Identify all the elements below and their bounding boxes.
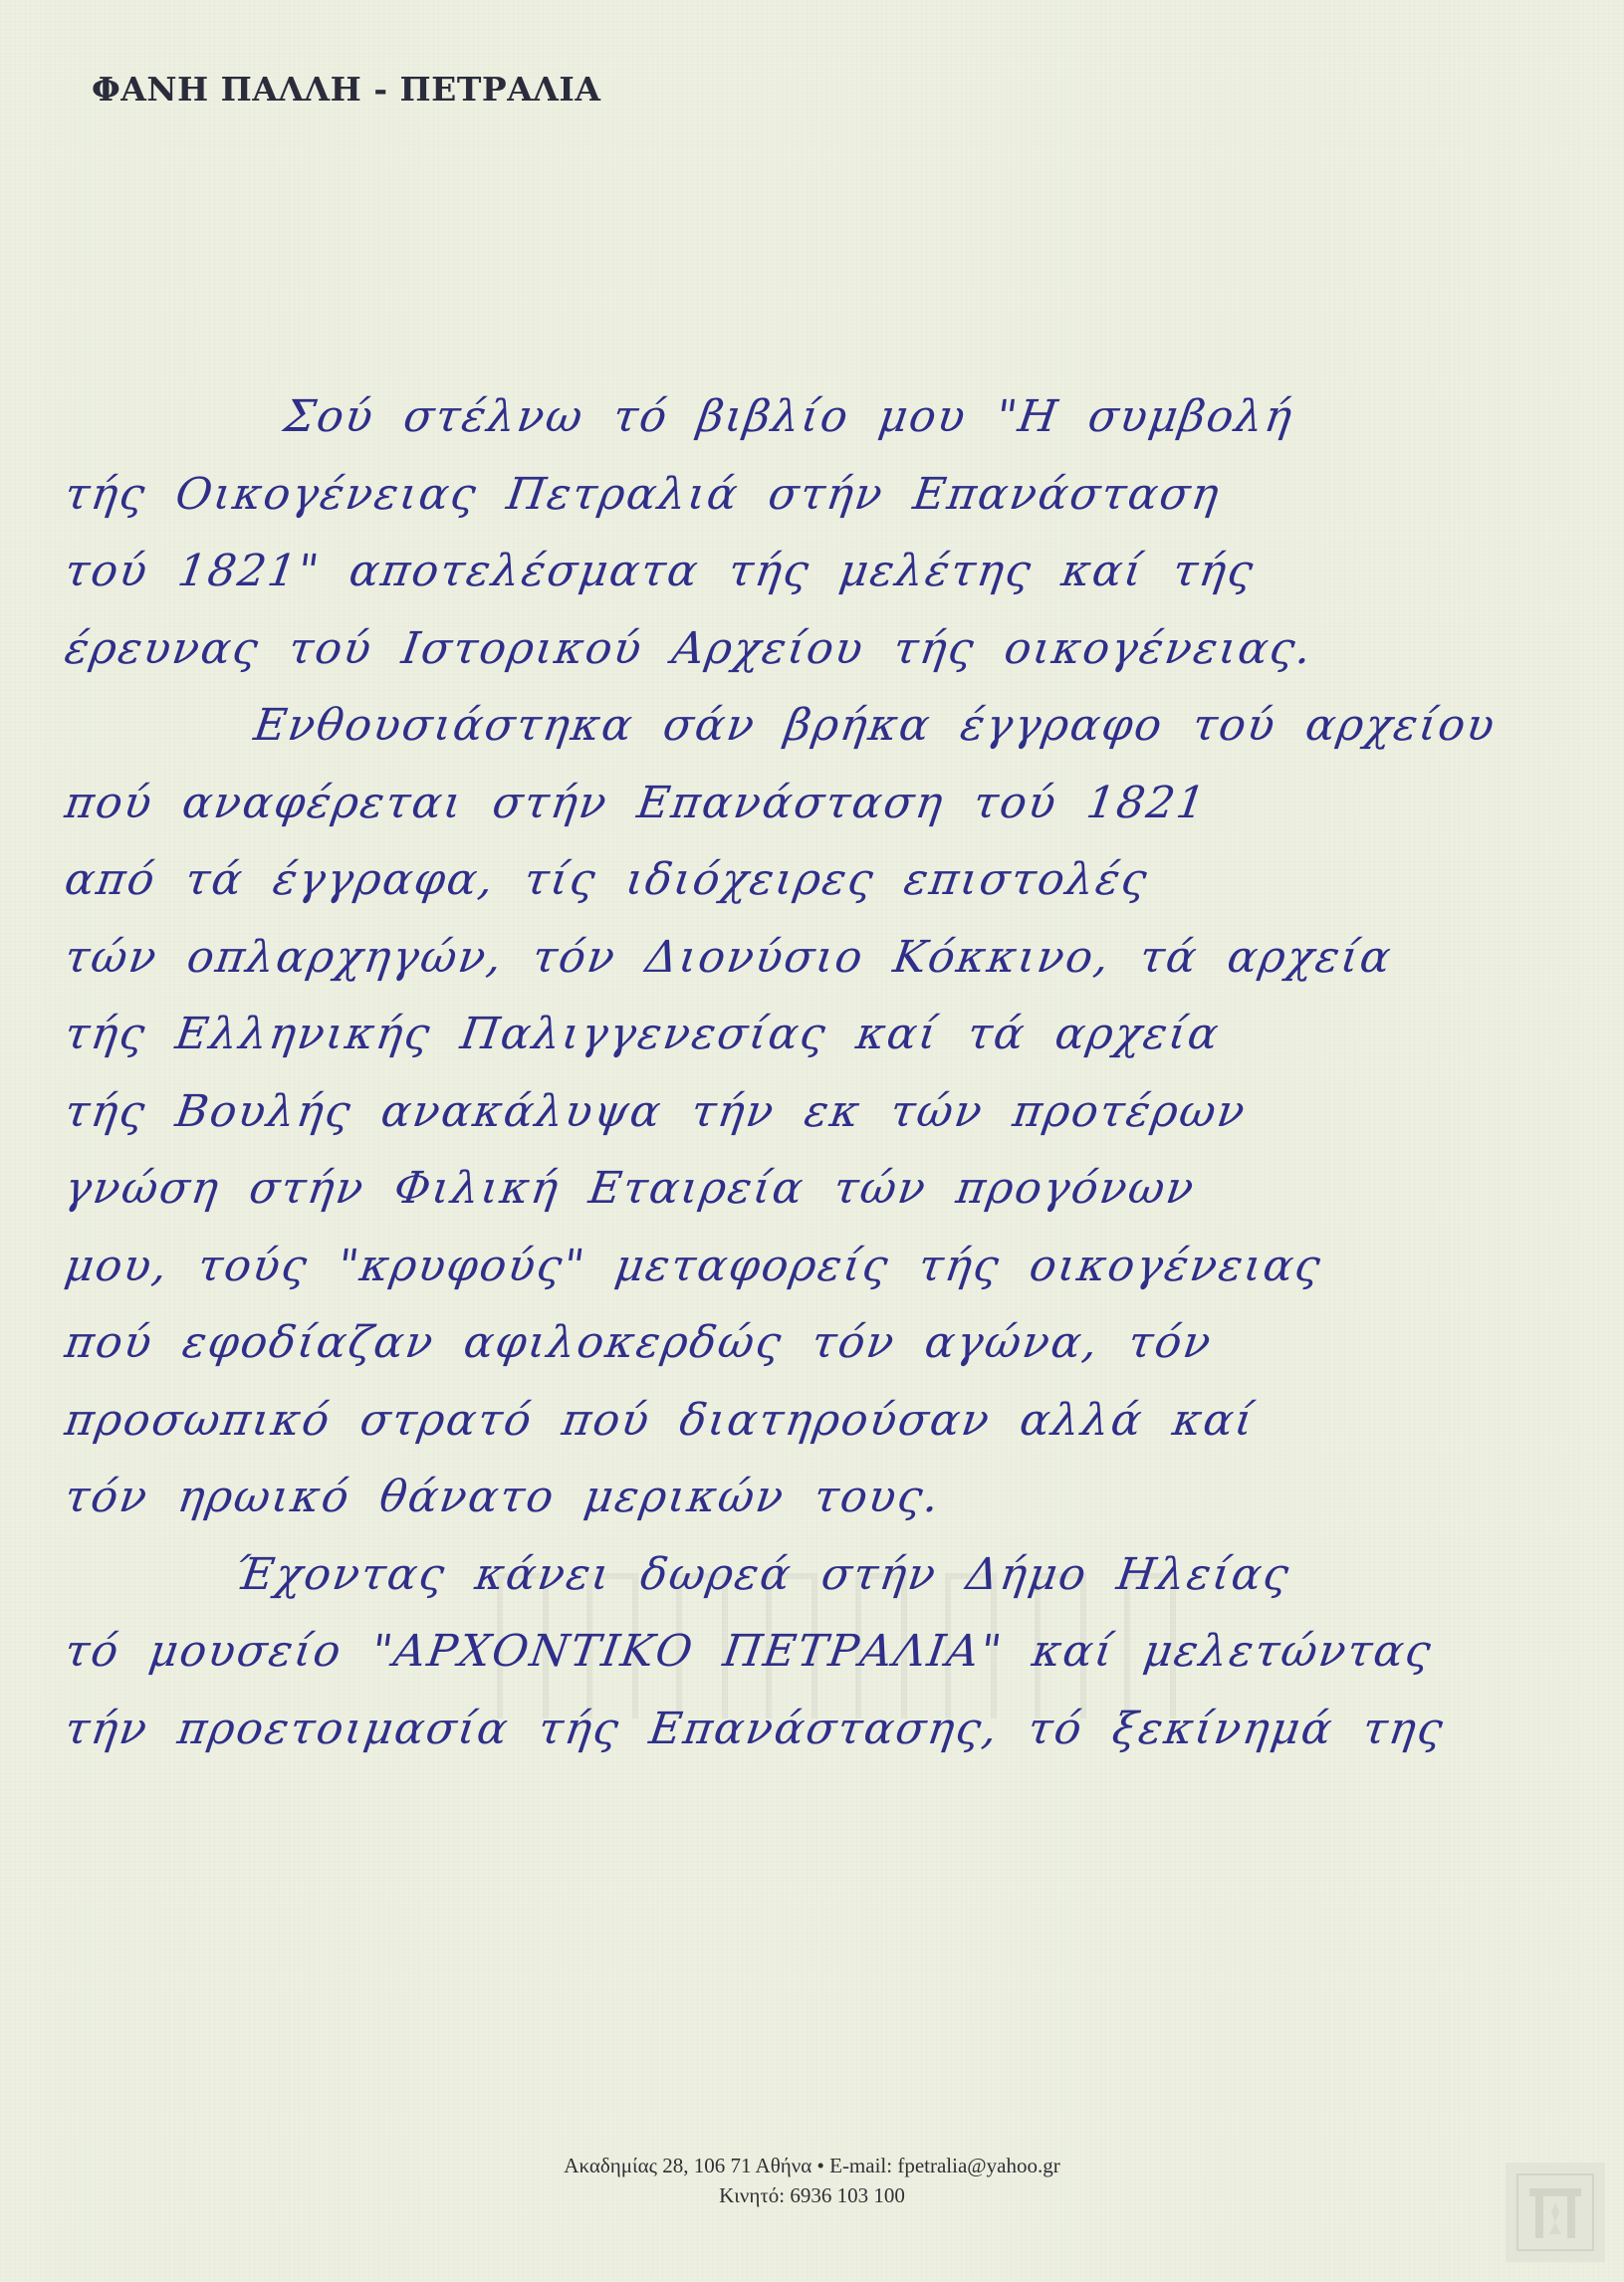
letter-line: τών οπλαρχηγών, τόν Διονύσιο Κόκκινο, τά… [60, 919, 1564, 997]
footer-phone: Κινητό: 6936 103 100 [0, 2180, 1624, 2210]
letter-line: γνώση στήν Φιλική Εταιρεία τών προγόνων [60, 1150, 1564, 1228]
letterhead-footer: Ακαδημίας 28, 106 71 Αθήνα • E-mail: fpe… [0, 2151, 1624, 2210]
letter-line: από τά έγγραφα, τίς ιδιόχειρες επιστολές [60, 841, 1564, 919]
letter-line: τής Οικογένειας Πετραλιά στήν Επανάσταση [60, 456, 1564, 534]
letter-line: Έχοντας κάνει δωρεά στήν Δήμο Ηλείας [60, 1536, 1564, 1614]
letter-line: Ενθουσιάστηκα σάν βρήκα έγγραφο τού αρχε… [60, 687, 1564, 765]
letter-line: τής Ελληνικής Παλιγγενεσίας καί τά αρχεί… [60, 996, 1564, 1073]
footer-address: Ακαδημίας 28, 106 71 Αθήνα • E-mail: fpe… [0, 2151, 1624, 2180]
letter-line: προσωπικό στρατό πού διατηρούσαν αλλά κα… [60, 1382, 1564, 1460]
letter-line: Σού στέλνω τό βιβλίο μου "Η συμβολή [60, 378, 1564, 456]
letter-line: τό μουσείο "ΑΡΧΟΝΤΙΚΟ ΠΕΤΡΑΛΙΑ" καί μελε… [60, 1613, 1564, 1691]
letter-line: τής Βουλής ανακάλυψα τήν εκ τών προτέρων [60, 1073, 1564, 1151]
handwritten-letter-body: Σού στέλνω τό βιβλίο μου "Η συμβολή τής … [60, 378, 1553, 1767]
ornamental-pi-monogram-icon [1506, 2163, 1605, 2262]
letter-line: πού εφοδίαζαν αφιλοκερδώς τόν αγώνα, τόν [60, 1304, 1564, 1382]
letter-line: έρευνας τού Ιστορικού Αρχείου τής οικογέ… [60, 610, 1564, 688]
letter-line: τόν ηρωικό θάνατο μερικών τους. [60, 1459, 1564, 1536]
letterhead-name: ΦΑΝΗ ΠΑΛΛΗ - ΠΕΤΡΑΛΙΑ [92, 70, 600, 109]
letter-line: τήν προετοιμασία τής Επανάστασης, τό ξεκ… [60, 1691, 1564, 1768]
letter-line: τού 1821" αποτελέσματα τής μελέτης καί τ… [60, 533, 1564, 610]
letter-line: πού αναφέρεται στήν Επανάσταση τού 1821 [60, 765, 1564, 842]
letter-line: μου, τούς "κρυφούς" μεταφορείς τής οικογ… [60, 1228, 1564, 1305]
